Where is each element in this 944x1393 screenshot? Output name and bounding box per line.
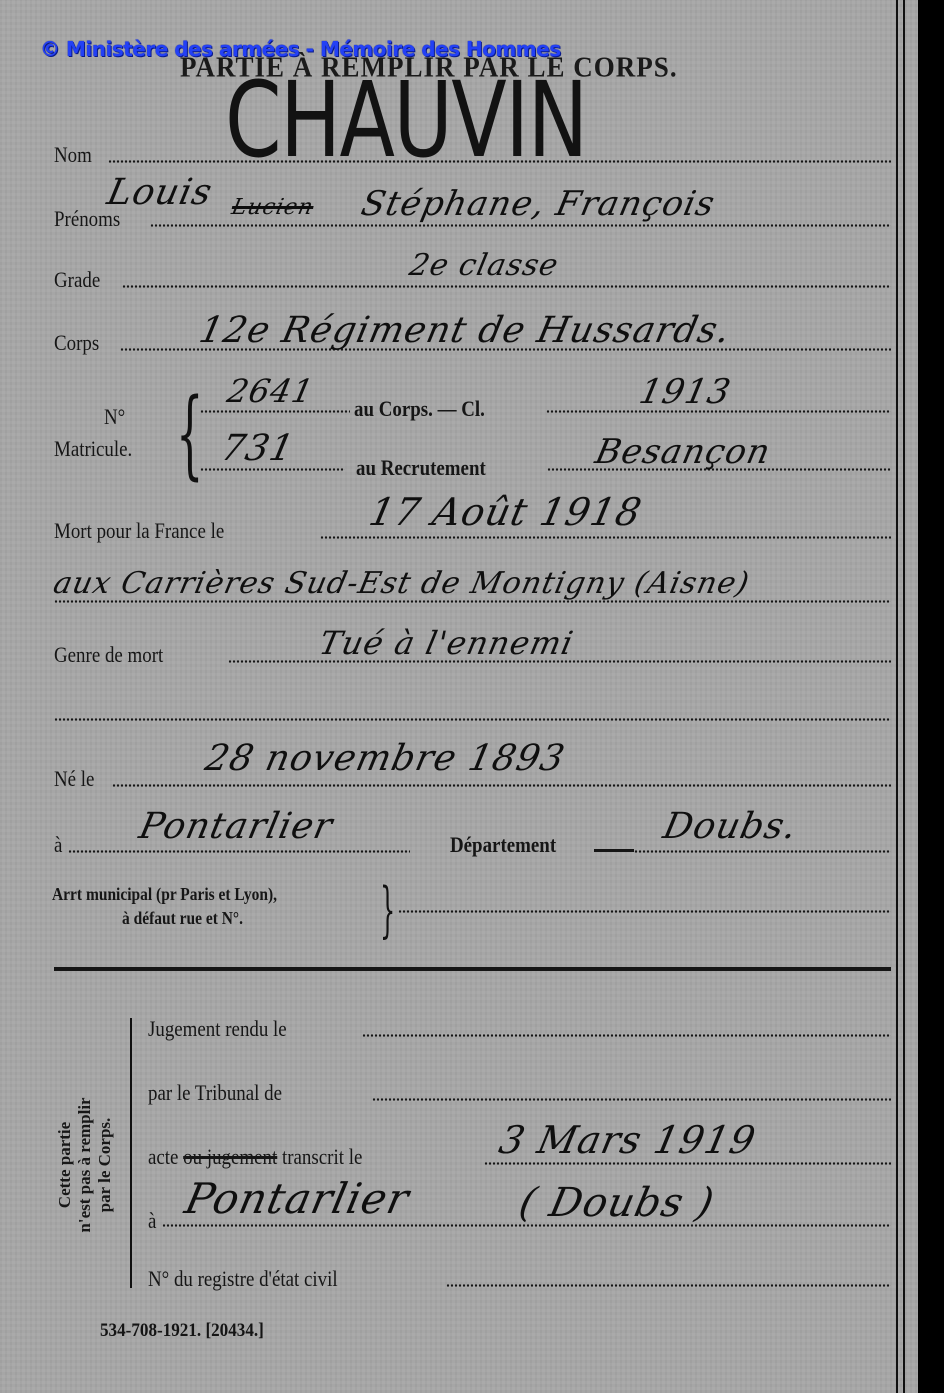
genre-mort-value: Tué à l'ennemi (316, 624, 577, 662)
matricule-label: Matricule. (54, 436, 132, 462)
lieu-transcription-dept: ( Doubs ) (515, 1180, 718, 1226)
jugement-label: Jugement rendu le (148, 1016, 287, 1042)
civil-section-bracket (130, 1018, 132, 1288)
scan-edge (918, 0, 944, 1393)
acte-label-struck: ou jugement (183, 1144, 277, 1169)
jugement-line (362, 1034, 891, 1037)
genre-mort-label: Genre de mort (54, 642, 163, 668)
nom-label: Nom (54, 142, 92, 168)
acte-label-suffix: transcrit le (282, 1144, 362, 1169)
tribunal-label: par le Tribunal de (148, 1080, 282, 1106)
arrondissement-brace: } (380, 880, 395, 940)
side-note-line-2: n'est pas à remplir (75, 1097, 95, 1232)
acte-label-prefix: acte (148, 1144, 178, 1169)
surname-value: CHAUVIN (225, 68, 587, 172)
border-line-inner (903, 0, 905, 1393)
ne-le-line (112, 784, 891, 787)
mort-date-value: 17 Août 1918 (365, 490, 646, 534)
matricule-label-no: N° (104, 404, 125, 430)
section-divider (54, 967, 891, 971)
corps-number-line (200, 410, 350, 413)
departement-value: Doubs. (660, 806, 801, 847)
mort-date-line (320, 536, 891, 539)
border-line-outer (896, 0, 898, 1393)
mort-label: Mort pour la France le (54, 518, 224, 544)
ne-le-label: Né le (54, 766, 94, 792)
lieu-naissance-label: à (54, 832, 62, 858)
recrutement-number-value: 731 (218, 428, 298, 469)
grade-value: 2e classe (406, 248, 562, 283)
departement-line (634, 850, 891, 853)
document-card: © Ministère des armées - Mémoire des Hom… (0, 0, 918, 1393)
side-note: Cette partie n'est pas à remplir par le … (40, 1060, 130, 1270)
corps-label: Corps (54, 330, 99, 356)
prenoms-line (150, 224, 891, 227)
corps-number-value: 2641 (224, 372, 318, 410)
copyright-watermark: © Ministère des armées - Mémoire des Hom… (40, 37, 561, 61)
lieu-naissance-value: Pontarlier (136, 806, 337, 847)
registre-label: N° du registre d'état civil (148, 1266, 338, 1292)
prenom-louis: Louis (104, 172, 216, 213)
classe-value: 1913 (636, 372, 735, 412)
lieu-naissance-line (68, 850, 410, 853)
side-note-line-1: Cette partie (55, 1097, 75, 1232)
ne-le-value: 28 novembre 1893 (202, 738, 569, 779)
grade-line (122, 285, 891, 288)
print-code: 534-708-1921. [20434.] (100, 1320, 264, 1342)
lieu-transcription-label: à (148, 1208, 156, 1234)
arrondissement-label-2: à défaut rue et N°. (122, 908, 243, 929)
mort-place-value: aux Carrières Sud-Est de Montigny (Aisne… (50, 566, 753, 601)
arrondissement-line (398, 910, 891, 913)
corps-value: 12e Régiment de Hussards. (196, 310, 735, 351)
acte-value: 3 Mars 1919 (495, 1118, 760, 1162)
departement-line-solid (594, 849, 634, 852)
prenom-stephane-francois: Stéphane, François (358, 184, 719, 224)
lieu-transcription-value: Pontarlier (181, 1174, 414, 1223)
au-recrutement-label: au Recrutement (356, 455, 486, 481)
grade-label: Grade (54, 267, 100, 293)
arrondissement-label-1: Arrt municipal (pr Paris et Lyon), (52, 884, 277, 905)
registre-line (446, 1284, 891, 1287)
side-note-line-3: par le Corps. (95, 1097, 115, 1232)
au-corps-label: au Corps. — Cl. (354, 396, 485, 422)
acte-label: acte ou jugement transcrit le (148, 1144, 362, 1170)
recrutement-place-value: Besançon (592, 432, 775, 472)
tribunal-line (372, 1098, 891, 1101)
blank-line (54, 718, 891, 721)
departement-label: Département (450, 832, 556, 858)
prenom-lucien-struck: Lucien (229, 195, 316, 220)
acte-line (484, 1162, 891, 1165)
